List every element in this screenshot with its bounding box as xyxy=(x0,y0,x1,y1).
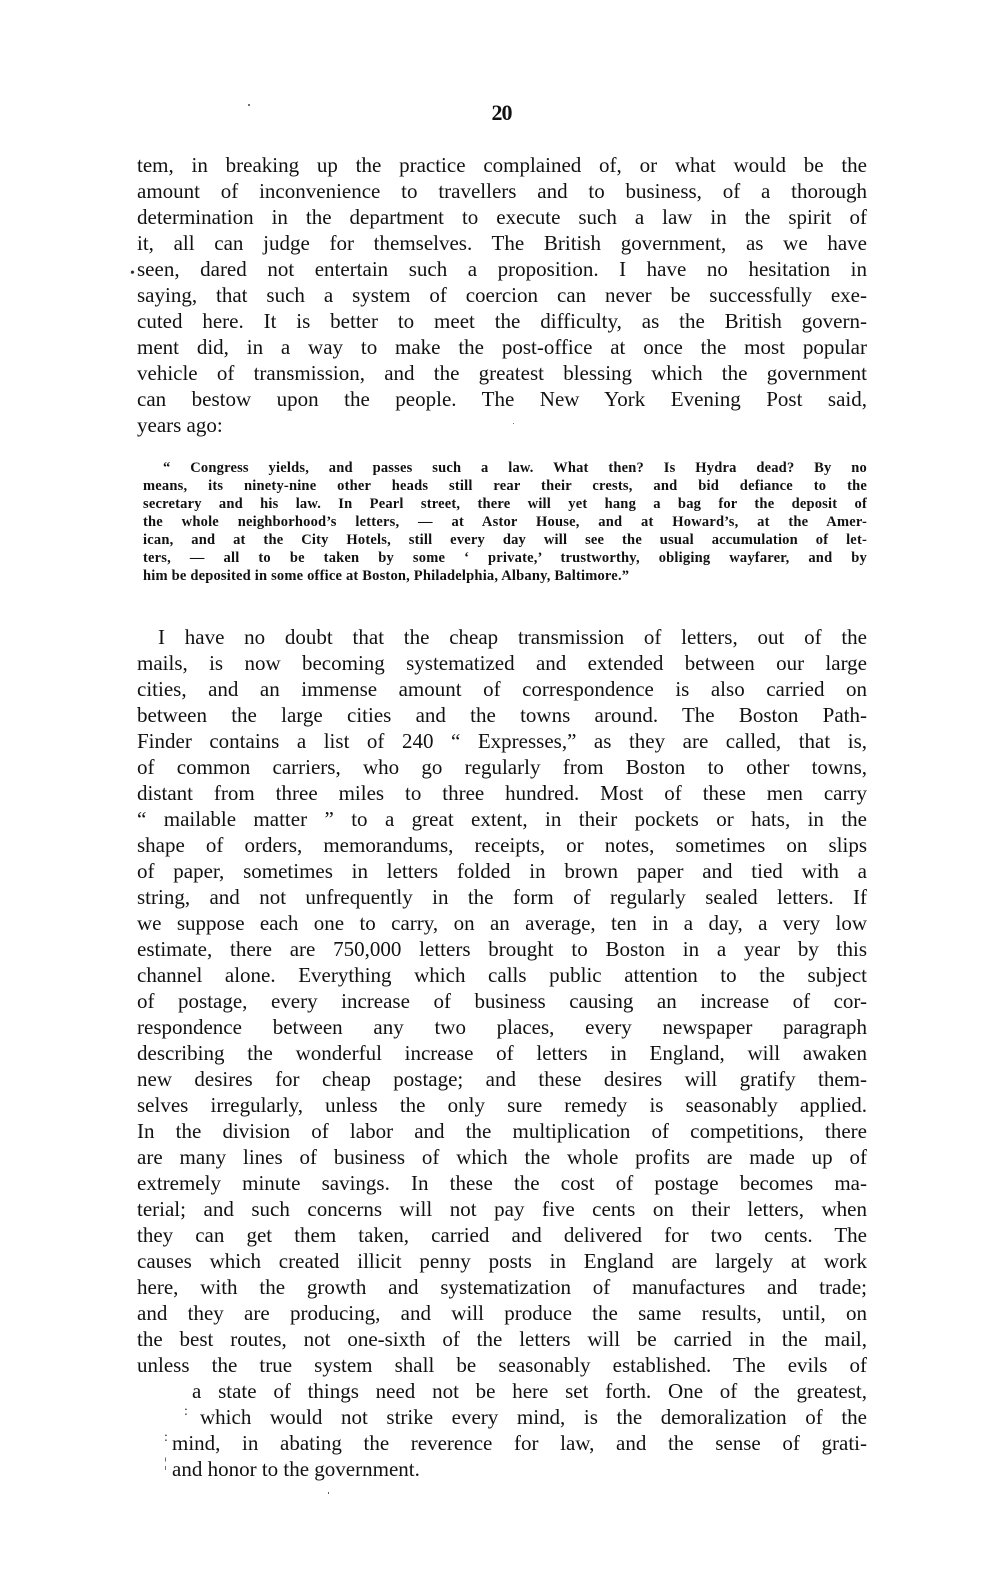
text-line: mails, is now becoming systematized and … xyxy=(137,650,867,676)
margin-mark: ¦ xyxy=(164,1456,167,1472)
text-line: mind, in abating the reverence for law, … xyxy=(172,1430,867,1456)
text-line: cities, and an immense amount of corresp… xyxy=(137,676,867,702)
text-line: “ mailable matter ” to a great extent, i… xyxy=(137,806,867,832)
margin-mark: : xyxy=(184,1404,188,1420)
text-line: a state of things need not be here set f… xyxy=(192,1378,867,1404)
quote-line: the whole neighborhood’s letters, — at A… xyxy=(143,514,867,532)
text-line: it, all can judge for themselves. The Br… xyxy=(137,230,867,256)
quote-line: ters, — all to be taken by some ‘ privat… xyxy=(143,550,867,568)
text-line: extremely minute savings. In these the c… xyxy=(137,1170,867,1196)
text-line: of paper, sometimes in letters folded in… xyxy=(137,858,867,884)
text-line: estimate, there are 750,000 letters brou… xyxy=(137,936,867,962)
margin-dot: • xyxy=(130,266,135,282)
text-line: we suppose each one to carry, on an aver… xyxy=(137,910,867,936)
quote-line: means, its ninety-nine other heads still… xyxy=(143,478,867,496)
text-line: I have no doubt that the cheap transmiss… xyxy=(158,624,867,650)
text-line: and honor to the government. xyxy=(172,1456,867,1482)
text-line: distant from three miles to three hundre… xyxy=(137,780,867,806)
text-line: vehicle of transmission, and the greates… xyxy=(137,360,867,386)
text-line: years ago: xyxy=(137,412,867,438)
scan-speck xyxy=(248,104,250,106)
text-line: causes which created illicit penny posts… xyxy=(137,1248,867,1274)
margin-mark: : xyxy=(164,1430,168,1446)
text-line: unless the true system shall be seasonab… xyxy=(137,1352,867,1378)
text-line: tem, in breaking up the practice complai… xyxy=(137,152,867,178)
text-line: cuted here. It is better to meet the dif… xyxy=(137,308,867,334)
text-line: are many lines of business of which the … xyxy=(137,1144,867,1170)
text-line: of postage, every increase of business c… xyxy=(137,988,867,1014)
text-line: here, with the growth and systematizatio… xyxy=(137,1274,867,1300)
text-line: channel alone. Everything which calls pu… xyxy=(137,962,867,988)
quote-line: ican, and at the City Hotels, still ever… xyxy=(143,532,867,550)
text-line: string, and not unfrequently in the form… xyxy=(137,884,867,910)
text-line: saying, that such a system of coercion c… xyxy=(137,282,867,308)
text-line: In the division of labor and the multipl… xyxy=(137,1118,867,1144)
text-line: terial; and such concerns will not pay f… xyxy=(137,1196,867,1222)
text-line: the best routes, not one-sixth of the le… xyxy=(137,1326,867,1352)
quote-line: him be deposited in some office at Bosto… xyxy=(143,568,867,586)
text-line: new desires for cheap postage; and these… xyxy=(137,1066,867,1092)
text-line: selves irregularly, unless the only sure… xyxy=(137,1092,867,1118)
scan-speck xyxy=(328,1492,329,1494)
text-line: seen, dared not entertain such a proposi… xyxy=(137,256,867,282)
text-line: shape of orders, memorandums, receipts, … xyxy=(137,832,867,858)
text-line: amount of inconvenience to travellers an… xyxy=(137,178,867,204)
text-line: can bestow upon the people. The New York… xyxy=(137,386,867,412)
document-page: 20 • tem, in breaking up the practice co… xyxy=(0,0,1003,1569)
scan-speck xyxy=(513,423,514,424)
text-line: and they are producing, and will produce… xyxy=(137,1300,867,1326)
text-line: they can get them taken, carried and del… xyxy=(137,1222,867,1248)
text-line: determination in the department to execu… xyxy=(137,204,867,230)
text-line: ment did, in a way to make the post-offi… xyxy=(137,334,867,360)
text-line: describing the wonderful increase of let… xyxy=(137,1040,867,1066)
text-line: respondence between any two places, ever… xyxy=(137,1014,867,1040)
text-line: which would not strike every mind, is th… xyxy=(200,1404,867,1430)
quote-line: “ Congress yields, and passes such a law… xyxy=(163,460,867,478)
text-line: between the large cities and the towns a… xyxy=(137,702,867,728)
page-number: 20 xyxy=(0,100,1003,126)
text-line: of common carriers, who go regularly fro… xyxy=(137,754,867,780)
text-line: Finder contains a list of 240 “ Expresse… xyxy=(137,728,867,754)
quote-line: secretary and his law. In Pearl street, … xyxy=(143,496,867,514)
